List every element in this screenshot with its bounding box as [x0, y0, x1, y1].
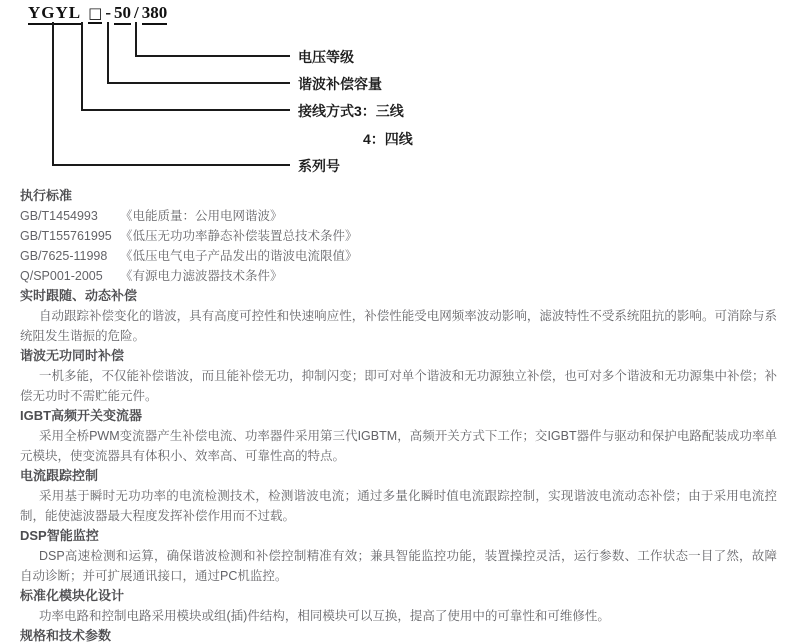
paragraph-harmonic-reactive: 一机多能，不仅能补偿谐波，而且能补偿无功，抑制闪变；即可对单个谐波和无功源独立补… — [20, 366, 777, 406]
standard-title: 《低压无功功率静态补偿装置总技术条件》 — [120, 226, 777, 246]
standard-title: 《电能质量：公用电网谐波》 — [120, 206, 777, 226]
model-voltage-code: 380 — [142, 3, 168, 25]
standard-title: 《低压电气电子产品发出的谐波电流限值》 — [120, 246, 777, 266]
standard-row: GB/T155761995 《低压无功功率静态补偿装置总技术条件》 — [20, 226, 777, 246]
heading-dsp-monitoring: DSP智能监控 — [20, 526, 777, 546]
series-connector-hline — [52, 164, 290, 166]
model-number-diagram: YGYL□-50/380 电压等级 谐波补偿容量 接线方式3：三线 4：四线 系… — [0, 0, 791, 183]
heading-realtime-compensation: 实时跟随、动态补偿 — [20, 286, 777, 306]
model-slash: / — [134, 3, 139, 23]
heading-igbt-converter: IGBT高频开关变流器 — [20, 406, 777, 426]
label-harmonic-capacity: 谐波补偿容量 — [298, 77, 382, 91]
wiring-connector-hline — [81, 109, 290, 111]
model-number-title: YGYL□-50/380 — [28, 3, 167, 25]
model-dash: - — [105, 3, 111, 23]
standard-code: GB/7625-11998 — [20, 246, 120, 266]
standard-row: Q/SP001-2005 《有源电力滤波器技术条件》 — [20, 266, 777, 286]
heading-standards: 执行标准 — [20, 186, 777, 206]
model-box-placeholder-icon: □ — [88, 4, 102, 24]
paragraph-realtime-compensation: 自动跟踪补偿变化的谐波，具有高度可控性和快速响应性，补偿性能受电网频率波动影响，… — [20, 306, 777, 346]
paragraph-current-tracking: 采用基于瞬时无功功率的电流检测技术，检测谐波电流；通过多量化瞬时值电流跟踪控制，… — [20, 486, 777, 526]
voltage-connector-vline — [135, 22, 137, 57]
paragraph-dsp-monitoring: DSP高速检测和运算，确保谐波检测和补偿控制精准有效；兼具智能监控功能，装置操控… — [20, 546, 777, 586]
label-series-number: 系列号 — [298, 159, 340, 173]
label-wiring-mode-alt: 4：四线 — [363, 132, 413, 146]
standard-code: Q/SP001-2005 — [20, 266, 120, 286]
product-document-page: YGYL□-50/380 电压等级 谐波补偿容量 接线方式3：三线 4：四线 系… — [0, 0, 791, 643]
voltage-connector-hline — [135, 55, 290, 57]
paragraph-modular-design: 功率电路和控制电路采用模块或组(插)件结构，相同模块可以互换，提高了使用中的可靠… — [20, 606, 777, 626]
standard-row: GB/T1454993 《电能质量：公用电网谐波》 — [20, 206, 777, 226]
standard-code: GB/T1454993 — [20, 206, 120, 226]
series-connector-vline — [52, 22, 54, 166]
standard-row: GB/7625-11998 《低压电气电子产品发出的谐波电流限值》 — [20, 246, 777, 266]
label-wiring-mode: 接线方式3：三线 — [298, 104, 404, 118]
standard-code: GB/T155761995 — [20, 226, 120, 246]
heading-current-tracking: 电流跟踪控制 — [20, 466, 777, 486]
model-series-code: YGYL — [28, 3, 81, 25]
heading-specifications: 规格和技术参数 — [20, 626, 777, 643]
heading-modular-design: 标准化模块化设计 — [20, 586, 777, 606]
paragraph-igbt-converter: 采用全桥PWM变流器产生补偿电流、功率器件采用第三代IGBTM，高频开关方式下工… — [20, 426, 777, 466]
wiring-connector-vline — [81, 22, 83, 111]
capacity-connector-vline — [107, 22, 109, 84]
capacity-connector-hline — [107, 82, 290, 84]
label-voltage-level: 电压等级 — [298, 50, 354, 64]
model-capacity-code: 50 — [114, 3, 131, 25]
standard-title: 《有源电力滤波器技术条件》 — [120, 266, 777, 286]
heading-harmonic-reactive: 谐波无功同时补偿 — [20, 346, 777, 366]
document-content: 执行标准 GB/T1454993 《电能质量：公用电网谐波》 GB/T15576… — [20, 186, 777, 643]
